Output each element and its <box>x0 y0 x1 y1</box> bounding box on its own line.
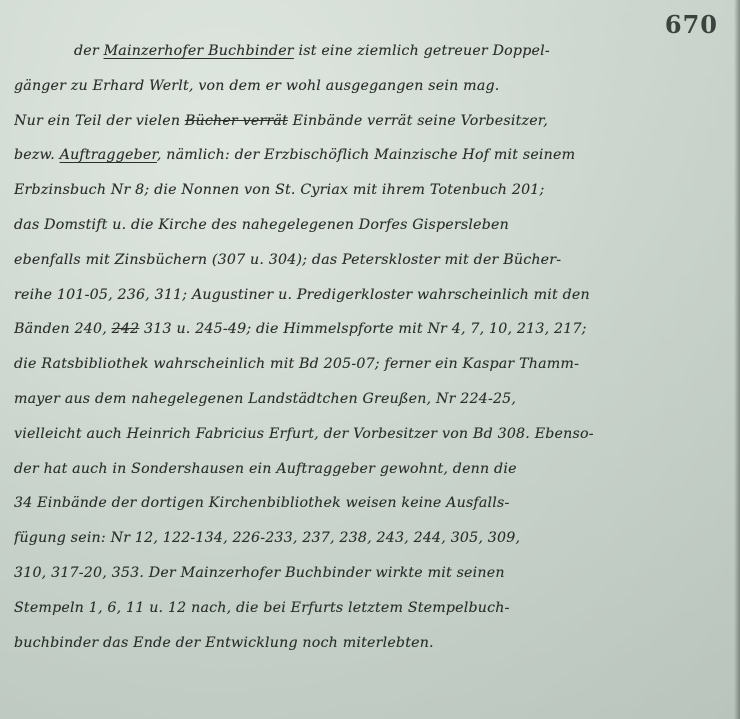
text-segment: ist eine ziemlich getreuer Doppel- <box>294 43 550 59</box>
text-line: das Domstift u. die Kirche des nahegeleg… <box>14 208 734 243</box>
text-line: vielleicht auch Heinrich Fabricius Erfur… <box>14 417 734 452</box>
text-segment: ebenfalls mit Zinsbüchern (307 u. 304); … <box>14 252 561 268</box>
text-segment: Nur ein Teil der vielen <box>14 113 185 129</box>
page-edge-shadow <box>734 0 740 719</box>
handwritten-text-body: der Mainzerhofer Buchbinder ist eine zie… <box>14 34 734 660</box>
text-segment: Bänden 240, <box>14 321 112 337</box>
text-segment: das Domstift u. die Kirche des nahegeleg… <box>14 217 509 233</box>
manuscript-page: 670 der Mainzerhofer Buchbinder ist eine… <box>0 0 740 719</box>
text-segment: , nämlich: der Erzbischöflich Mainzische… <box>157 147 575 163</box>
text-segment: Einbände verrät seine Vorbesitzer, <box>288 113 548 129</box>
text-line: fügung sein: Nr 12, 122-134, 226-233, 23… <box>14 521 734 556</box>
text-segment: gänger zu Erhard Werlt, von dem er wohl … <box>14 78 499 94</box>
text-line: der Mainzerhofer Buchbinder ist eine zie… <box>14 34 734 69</box>
text-line: 34 Einbände der dortigen Kirchenbiblioth… <box>14 486 734 521</box>
text-line: der hat auch in Sondershausen ein Auftra… <box>14 452 734 487</box>
text-line: bezw. Auftraggeber, nämlich: der Erzbisc… <box>14 138 734 173</box>
text-line: buchbinder das Ende der Entwicklung noch… <box>14 626 734 661</box>
struck-text: Bücher verrät <box>185 113 288 129</box>
text-segment: Stempeln 1, 6, 11 u. 12 nach, die bei Er… <box>14 600 510 616</box>
struck-text: 242 <box>112 321 140 337</box>
text-segment: buchbinder das Ende der Entwicklung noch… <box>14 635 434 651</box>
text-line: Erbzinsbuch Nr 8; die Nonnen von St. Cyr… <box>14 173 734 208</box>
text-segment: mayer aus dem nahegelegenen Landstädtche… <box>14 391 516 407</box>
text-line: Bänden 240, 242 313 u. 245-49; die Himme… <box>14 312 734 347</box>
text-line: Stempeln 1, 6, 11 u. 12 nach, die bei Er… <box>14 591 734 626</box>
text-line: Nur ein Teil der vielen Bücher verrät Ei… <box>14 104 734 139</box>
text-segment: die Ratsbibliothek wahrscheinlich mit Bd… <box>14 356 579 372</box>
text-segment: 313 u. 245-49; die Himmelspforte mit Nr … <box>139 321 586 337</box>
text-line: reihe 101-05, 236, 311; Augustiner u. Pr… <box>14 278 734 313</box>
text-segment: bezw. <box>14 147 60 163</box>
text-line: gänger zu Erhard Werlt, von dem er wohl … <box>14 69 734 104</box>
underlined-text: Mainzerhofer Buchbinder <box>104 43 294 59</box>
text-segment: fügung sein: Nr 12, 122-134, 226-233, 23… <box>14 530 520 546</box>
text-line: die Ratsbibliothek wahrscheinlich mit Bd… <box>14 347 734 382</box>
text-segment: der hat auch in Sondershausen ein Auftra… <box>14 461 517 477</box>
underlined-text: Auftraggeber <box>60 147 157 163</box>
text-segment: reihe 101-05, 236, 311; Augustiner u. Pr… <box>14 287 590 303</box>
text-segment: der <box>74 43 104 59</box>
text-line: ebenfalls mit Zinsbüchern (307 u. 304); … <box>14 243 734 278</box>
text-segment: Erbzinsbuch Nr 8; die Nonnen von St. Cyr… <box>14 182 545 198</box>
text-segment: 310, 317-20, 353. Der Mainzerhofer Buchb… <box>14 565 505 581</box>
text-line: 310, 317-20, 353. Der Mainzerhofer Buchb… <box>14 556 734 591</box>
text-segment: 34 Einbände der dortigen Kirchenbiblioth… <box>14 495 510 511</box>
text-segment: vielleicht auch Heinrich Fabricius Erfur… <box>14 426 594 442</box>
text-line: mayer aus dem nahegelegenen Landstädtche… <box>14 382 734 417</box>
